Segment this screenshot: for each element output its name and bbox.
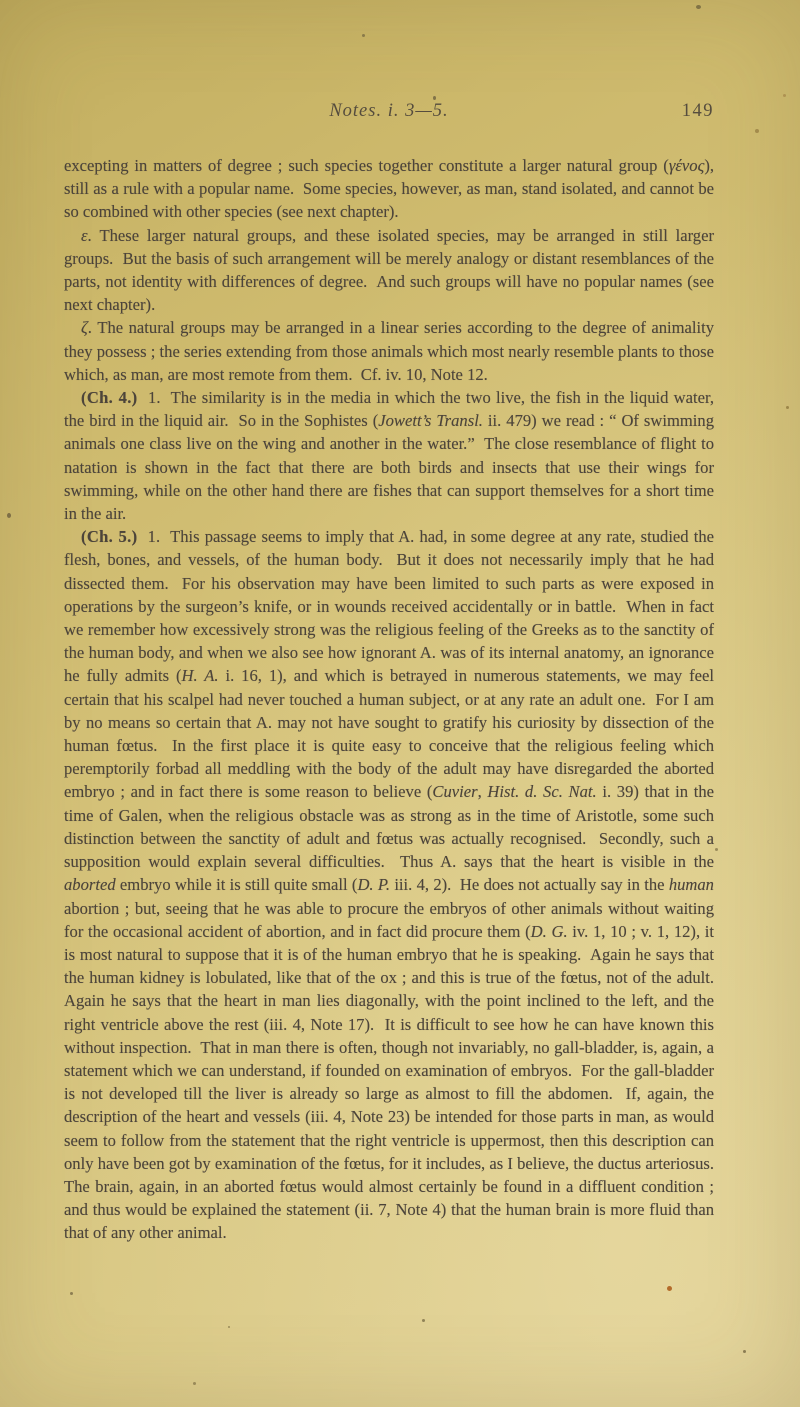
page-number: 149: [682, 101, 714, 122]
paper-speck: [715, 848, 718, 851]
text-segment: H. A.: [182, 666, 219, 685]
text-segment: aborted: [64, 875, 116, 894]
text-segment: . The natural groups may be arranged in …: [64, 318, 718, 383]
text-segment: excepting in matters of degree ; such sp…: [64, 156, 669, 175]
text-segment: (Ch. 5.): [81, 527, 137, 546]
book-page: Notes. i. 3—5. 149 excepting in matters …: [0, 0, 800, 1407]
text-segment: (Ch. 4.): [81, 388, 138, 407]
page-body: excepting in matters of degree ; such sp…: [64, 154, 714, 1245]
foxing-spot: [667, 1286, 672, 1291]
text-segment: D. G.: [531, 922, 568, 941]
paper-speck: [755, 129, 759, 133]
paper-speck: [786, 406, 789, 409]
text-segment: 1. This passage seems to imply that A. h…: [64, 527, 718, 685]
paper-speck: [70, 1292, 73, 1295]
paper-speck: [228, 1326, 230, 1328]
para-note3-zeta: ζ. The natural groups may be arranged in…: [64, 316, 714, 386]
paper-speck: [422, 1319, 425, 1322]
text-column: Notes. i. 3—5. 149 excepting in matters …: [64, 0, 714, 1245]
text-segment: γένος: [669, 156, 704, 175]
text-segment: ,: [478, 782, 488, 801]
para-ch5-note1: (Ch. 5.) 1. This passage seems to imply …: [64, 525, 714, 1244]
text-segment: human: [669, 875, 714, 894]
para-note3-epsilon: ε. These larger natural groups, and thes…: [64, 224, 714, 317]
text-segment: D. P.: [357, 875, 390, 894]
text-segment: iv. 1, 10 ; v. 1, 12), it is most natura…: [64, 922, 722, 1243]
para-ch4-note1: (Ch. 4.) 1. The similarity is in the med…: [64, 386, 714, 525]
running-title: Notes. i. 3—5.: [64, 101, 714, 122]
paper-speck: [783, 94, 786, 97]
paper-speck: [743, 1350, 746, 1353]
text-segment: Hist. d. Sc. Nat.: [487, 782, 596, 801]
page-header: Notes. i. 3—5. 149: [64, 101, 714, 127]
para-note3-continuation: excepting in matters of degree ; such sp…: [64, 154, 714, 224]
text-segment: Jowett’s Transl.: [378, 411, 483, 430]
text-segment: ζ: [81, 318, 88, 337]
text-segment: embryo while it is still quite small (: [116, 875, 358, 894]
text-segment: iii. 4, 2). He does not actually say in …: [390, 875, 669, 894]
text-segment: Cuvier: [432, 782, 477, 801]
paper-speck: [7, 513, 11, 518]
paper-speck: [193, 1382, 196, 1385]
text-segment: . These larger natural groups, and these…: [64, 226, 718, 315]
